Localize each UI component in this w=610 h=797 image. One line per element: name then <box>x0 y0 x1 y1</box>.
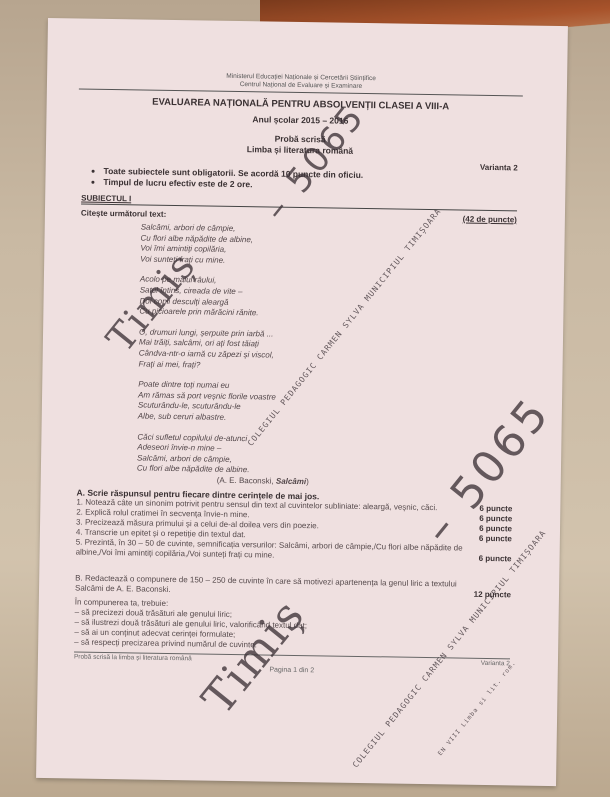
section-points: (42 de puncte) <box>463 215 517 225</box>
footer-left: Probă scrisă la limba și literatura româ… <box>74 654 192 663</box>
item-points: 6 puncte <box>479 514 512 525</box>
item-points: 6 puncte <box>479 554 512 565</box>
item-points: 6 puncte <box>479 534 512 545</box>
school-year: Anul școlar 2015 – 2016 <box>82 112 518 130</box>
exam-title: EVALUAREA NAȚIONALĂ PENTRU ABSOLVENȚII C… <box>83 96 519 114</box>
exam-sheet: Ministerul Educației Naționale și Cercet… <box>36 18 568 786</box>
poem-stanza: Acolo pe malul râului,Satul întins, cire… <box>139 275 516 323</box>
read-prompt: Citește următorul text: <box>81 209 166 219</box>
section-title: SUBIECTUL I <box>81 194 131 204</box>
part-b: B. Redactează o compunere de 150 – 250 d… <box>75 574 511 601</box>
poem-stanza: Poate dintre toți numai euAm rămas să po… <box>138 380 515 428</box>
item-points: 6 puncte <box>479 524 512 535</box>
